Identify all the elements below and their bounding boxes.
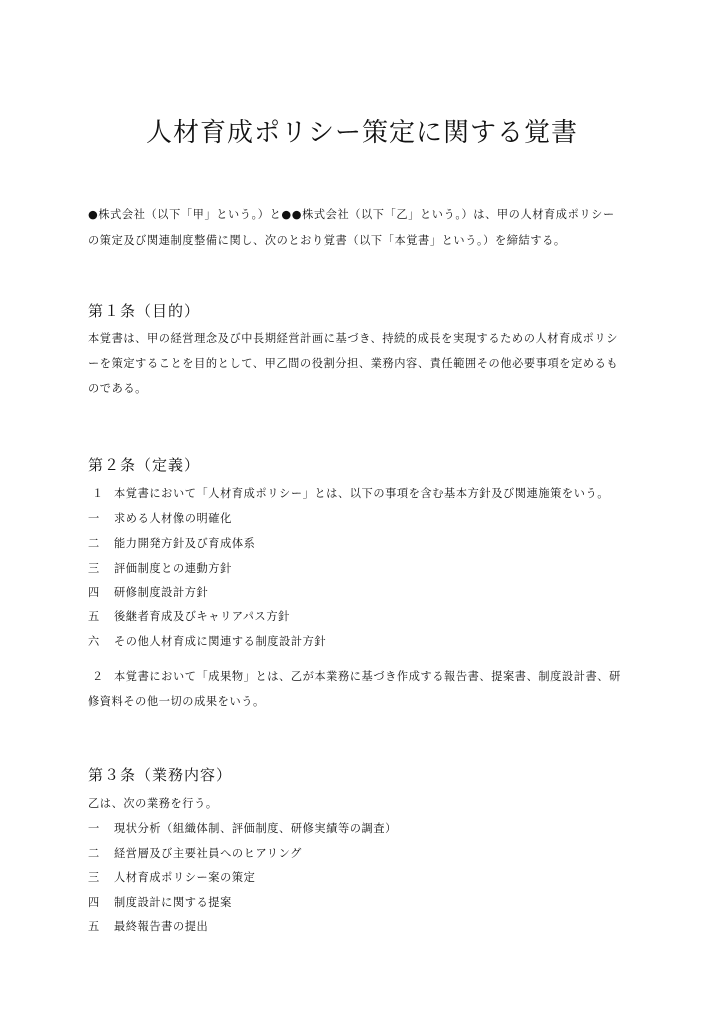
document-page: 人材育成ポリシー策定に関する覚書 ●株式会社（以下「甲」という。）と●●株式会社… <box>0 0 724 1024</box>
article2-item: 二能力開発方針及び育成体系 <box>88 535 255 551</box>
article3-heading: 第３条（業務内容） <box>88 764 232 785</box>
item-text: 人材育成ポリシー案の策定 <box>114 871 255 884</box>
item-number: 五 <box>88 608 114 624</box>
paragraph-text: 本覚書において「成果物」とは、乙が本業務に基づき作成する報告書、提案書、制度設計… <box>114 670 621 683</box>
item-text: 後継者育成及びキャリアパス方針 <box>114 610 290 623</box>
article1-heading: 第１条（目的） <box>88 300 200 321</box>
item-text: 評価制度との連動方針 <box>114 562 232 575</box>
article3-item: 三人材育成ポリシー案の策定 <box>88 869 255 885</box>
article1-line-2: ーを策定することを目的として、甲乙間の役割分担、業務内容、責任範囲その他必要事項… <box>88 355 618 371</box>
article2-item: 四研修制度設計方針 <box>88 584 208 600</box>
paragraph-text: 本覚書において「人材育成ポリシー」とは、以下の事項を含む基本方針及び関連施策をい… <box>114 487 609 500</box>
item-number: 一 <box>88 510 114 526</box>
article2-item: 一求める人材像の明確化 <box>88 510 232 526</box>
item-text: 能力開発方針及び育成体系 <box>114 537 255 550</box>
item-text: 経営層及び主要社員へのヒアリング <box>114 847 302 860</box>
item-number: 五 <box>88 918 114 934</box>
preamble-line-1: ●株式会社（以下「甲」という。）と●●株式会社（以下「乙」という。）は、甲の人材… <box>88 206 615 222</box>
item-text: 制度設計に関する提案 <box>114 896 232 909</box>
item-number: 三 <box>88 560 114 576</box>
item-number: 一 <box>88 820 114 836</box>
item-number: 二 <box>88 535 114 551</box>
item-text: 研修制度設計方針 <box>114 586 208 599</box>
article2-paragraph-2: ２本覚書において「成果物」とは、乙が本業務に基づき作成する報告書、提案書、制度設… <box>88 668 621 684</box>
preamble-line-2: の策定及び関連制度整備に関し、次のとおり覚書（以下「本覚書」という。）を締結する… <box>88 232 566 248</box>
article3-item: 一現状分析（組織体制、評価制度、研修実績等の調査） <box>88 820 397 836</box>
item-number: 四 <box>88 894 114 910</box>
item-text: 最終報告書の提出 <box>114 920 208 933</box>
article2-paragraph-2-continued: 修資料その他一切の成果をいう。 <box>88 693 265 709</box>
item-text: 現状分析（組織体制、評価制度、研修実績等の調査） <box>114 822 397 835</box>
item-text: 求める人材像の明確化 <box>114 512 232 525</box>
article2-paragraph-1: １本覚書において「人材育成ポリシー」とは、以下の事項を含む基本方針及び関連施策を… <box>88 485 609 501</box>
paragraph-number: １ <box>88 485 114 501</box>
item-number: 二 <box>88 845 114 861</box>
article3-item: 二経営層及び主要社員へのヒアリング <box>88 845 302 861</box>
item-text: その他人材育成に関連する制度設計方針 <box>114 635 326 648</box>
article3-item: 四制度設計に関する提案 <box>88 894 232 910</box>
item-number: 六 <box>88 633 114 649</box>
article3-item: 五最終報告書の提出 <box>88 918 208 934</box>
article2-item: 三評価制度との連動方針 <box>88 560 232 576</box>
document-title: 人材育成ポリシー策定に関する覚書 <box>0 112 724 149</box>
article2-heading: 第２条（定義） <box>88 454 200 475</box>
item-number: 四 <box>88 584 114 600</box>
article2-item: 六その他人材育成に関連する制度設計方針 <box>88 633 326 649</box>
article1-line-1: 本覚書は、甲の経営理念及び中長期経営計画に基づき、持続的成長を実現するための人材… <box>88 330 618 346</box>
article1-line-3: のである。 <box>88 380 147 396</box>
article2-item: 五後継者育成及びキャリアパス方針 <box>88 608 290 624</box>
article3-intro: 乙は、次の業務を行う。 <box>88 795 218 811</box>
item-number: 三 <box>88 869 114 885</box>
paragraph-number: ２ <box>88 668 114 684</box>
